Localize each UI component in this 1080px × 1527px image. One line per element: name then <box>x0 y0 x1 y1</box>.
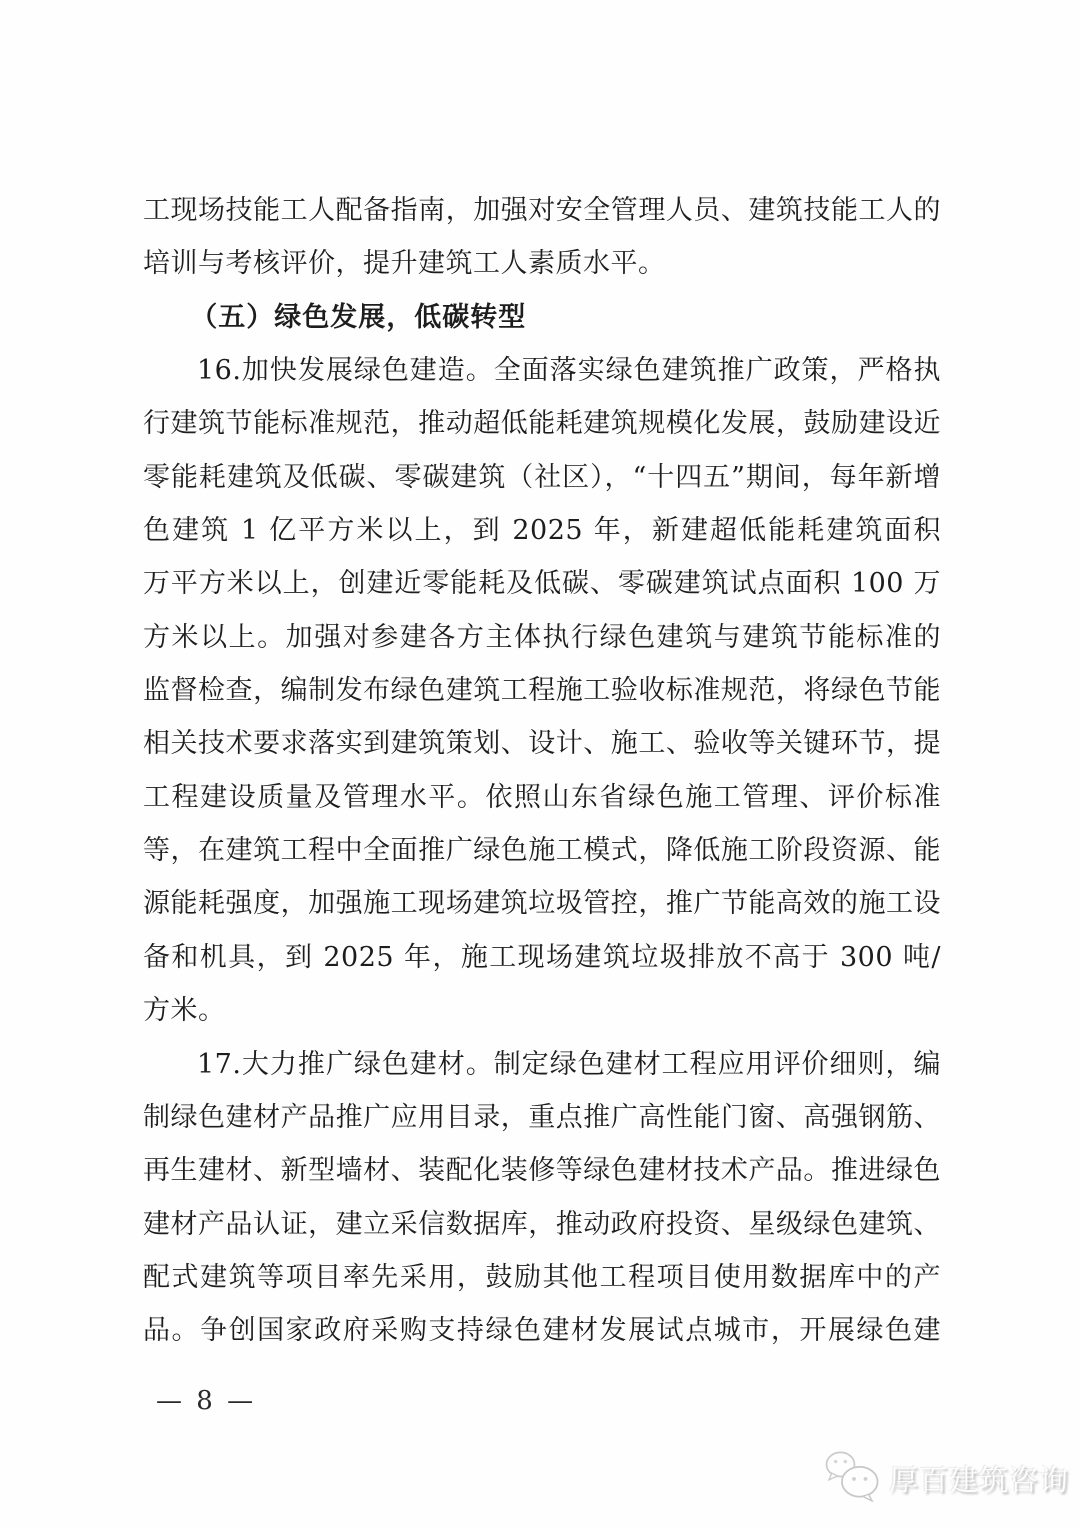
text-line: 16.加快发展绿色建造。全面落实绿色建筑推广政策，严格执 <box>143 344 941 397</box>
text-line: 方米以上。加强对参建各方主体执行绿色建筑与建筑节能标准的 <box>143 611 941 664</box>
text-line: 源能耗强度，加强施工现场建筑垃圾管控，推广节能高效的施工设 <box>143 877 941 930</box>
text-line: 再生建材、新型墙材、装配化装修等绿色建材技术产品。推进绿色 <box>143 1144 941 1197</box>
text-line: 监督检查，编制发布绿色建筑工程施工验收标准规范，将绿色节能 <box>143 664 941 717</box>
text-line: 建材产品认证，建立采信数据库，推动政府投资、星级绿色建筑、装 <box>143 1198 941 1251</box>
document-body-text: 工现场技能工人配备指南，加强对安全管理人员、建筑技能工人的 培训与考核评价，提升… <box>143 184 941 1358</box>
text-line: 品。争创国家政府采购支持绿色建材发展试点城市，开展绿色建 <box>143 1304 941 1357</box>
document-page: 工现场技能工人配备指南，加强对安全管理人员、建筑技能工人的 培训与考核评价，提升… <box>0 0 1080 1527</box>
page-number: — 8 — <box>156 1386 256 1416</box>
text-line: 行建筑节能标准规范，推动超低能耗建筑规模化发展，鼓励建设近 <box>143 397 941 450</box>
text-line: 方米。 <box>143 984 941 1037</box>
item-16-paragraph: 16.加快发展绿色建造。全面落实绿色建筑推广政策，严格执 行建筑节能标准规范，推… <box>143 344 941 1037</box>
text-line: 工程建设质量及管理水平。依照山东省绿色施工管理、评价标准 <box>143 771 941 824</box>
text-line: 配式建筑等项目率先采用，鼓励其他工程项目使用数据库中的产 <box>143 1251 941 1304</box>
text-line: 万平方米以上，创建近零能耗及低碳、零碳建筑试点面积 100 万平 <box>143 557 941 610</box>
text-line: 制绿色建材产品推广应用目录，重点推广高性能门窗、高强钢筋、 <box>143 1091 941 1144</box>
text-line: 相关技术要求落实到建筑策划、设计、施工、验收等关键环节，提高 <box>143 717 941 770</box>
text-line: 工现场技能工人配备指南，加强对安全管理人员、建筑技能工人的 <box>143 184 941 237</box>
text-line: 培训与考核评价，提升建筑工人素质水平。 <box>143 237 941 290</box>
text-line: 17.大力推广绿色建材。制定绿色建材工程应用评价细则，编 <box>143 1038 941 1091</box>
text-line: 等，在建筑工程中全面推广绿色施工模式，降低施工阶段资源、能 <box>143 824 941 877</box>
continued-paragraph: 工现场技能工人配备指南，加强对安全管理人员、建筑技能工人的 培训与考核评价，提升… <box>143 184 941 291</box>
item-17-paragraph: 17.大力推广绿色建材。制定绿色建材工程应用评价细则，编 制绿色建材产品推广应用… <box>143 1038 941 1358</box>
section-heading: （五）绿色发展，低碳转型 <box>143 291 941 344</box>
watermark: 厚百建筑咨询 <box>824 1450 1069 1506</box>
section-heading-paragraph: （五）绿色发展，低碳转型 <box>143 291 941 344</box>
watermark-label: 厚百建筑咨询 <box>889 1458 1069 1499</box>
text-line: 零能耗建筑及低碳、零碳建筑（社区），“十四五”期间，每年新增绿 <box>143 451 941 504</box>
wechat-icon <box>824 1450 882 1506</box>
text-line: 色建筑 1 亿平方米以上，到 2025 年，新建超低能耗建筑面积 500 <box>143 504 941 557</box>
text-line: 备和机具，到 2025 年，施工现场建筑垃圾排放不高于 300 吨/万平 <box>143 931 941 984</box>
